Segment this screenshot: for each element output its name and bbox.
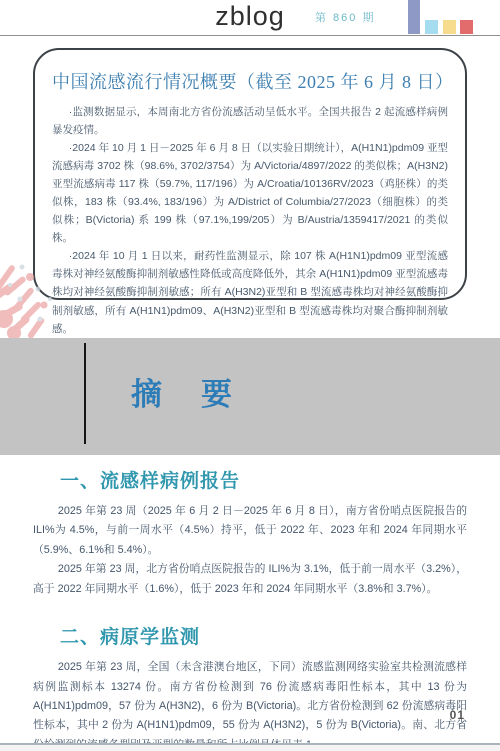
section-ili-report: 一、流感样病例报告 2025 年第 23 周（2025 年 6 月 2 日－20… bbox=[0, 466, 500, 599]
header-deco-bar-indigo bbox=[408, 0, 420, 34]
header-deco-bar-yellow bbox=[443, 20, 456, 34]
section-etiology-surveillance: 二、病原学监测 2025 年第 23 周，全国（未含港澳台地区，下同）流感监测网… bbox=[0, 622, 500, 751]
abstract-title: 摘 要 bbox=[131, 369, 236, 414]
virus-illustration-image bbox=[0, 253, 62, 345]
site-header: zblog 第 860 期 bbox=[0, 0, 500, 36]
section-paragraph: 2025 年第 23 周，全国（未含港澳台地区，下同）流感监测网络实验室共检测流… bbox=[33, 658, 467, 751]
abstract-vertical-rule bbox=[84, 343, 86, 444]
section-paragraph: 2025 年第 23 周（2025 年 6 月 2 日－2025 年 6 月 8… bbox=[33, 502, 467, 560]
page: zblog 第 860 期 中国流感流行情况概要（截至 2025 年 6 月 8… bbox=[0, 0, 500, 751]
summary-title: 中国流感流行情况概要（截至 2025 年 6 月 8 日） bbox=[52, 68, 448, 94]
header-deco-bar-red bbox=[460, 20, 473, 34]
summary-paragraph: ·监测数据显示，本周南北方省份流感活动呈低水平。全国共报告 2 起流感样病例暴发… bbox=[52, 103, 448, 139]
issue-number-label: 第 860 期 bbox=[315, 9, 375, 25]
summary-paragraph: ·2024 年 10 月 1 日以来，耐药性监测显示，除 107 株 A(H1N… bbox=[52, 247, 448, 337]
report-sections: 一、流感样病例报告 2025 年第 23 周（2025 年 6 月 2 日－20… bbox=[0, 455, 500, 751]
abstract-banner: 摘 要 bbox=[0, 338, 500, 455]
section-heading: 二、病原学监测 bbox=[60, 622, 467, 649]
section-body: 2025 年第 23 周，全国（未含港澳台地区，下同）流感监测网络实验室共检测流… bbox=[33, 658, 467, 751]
header-deco-bar-cyan bbox=[425, 20, 438, 34]
summary-box: 中国流感流行情况概要（截至 2025 年 6 月 8 日） ·监测数据显示，本周… bbox=[33, 48, 467, 300]
section-body: 2025 年第 23 周（2025 年 6 月 2 日－2025 年 6 月 8… bbox=[33, 502, 467, 599]
bottom-strip bbox=[0, 745, 500, 751]
summary-paragraph: ·2024 年 10 月 1 日－2025 年 6 月 8 日（以实验日期统计）… bbox=[52, 139, 448, 247]
page-number: 01 bbox=[450, 708, 465, 722]
section-heading: 一、流感样病例报告 bbox=[60, 466, 467, 493]
section-paragraph: 2025 年第 23 周，北方省份哨点医院报告的 ILI%为 3.1%，低于前一… bbox=[33, 560, 467, 599]
